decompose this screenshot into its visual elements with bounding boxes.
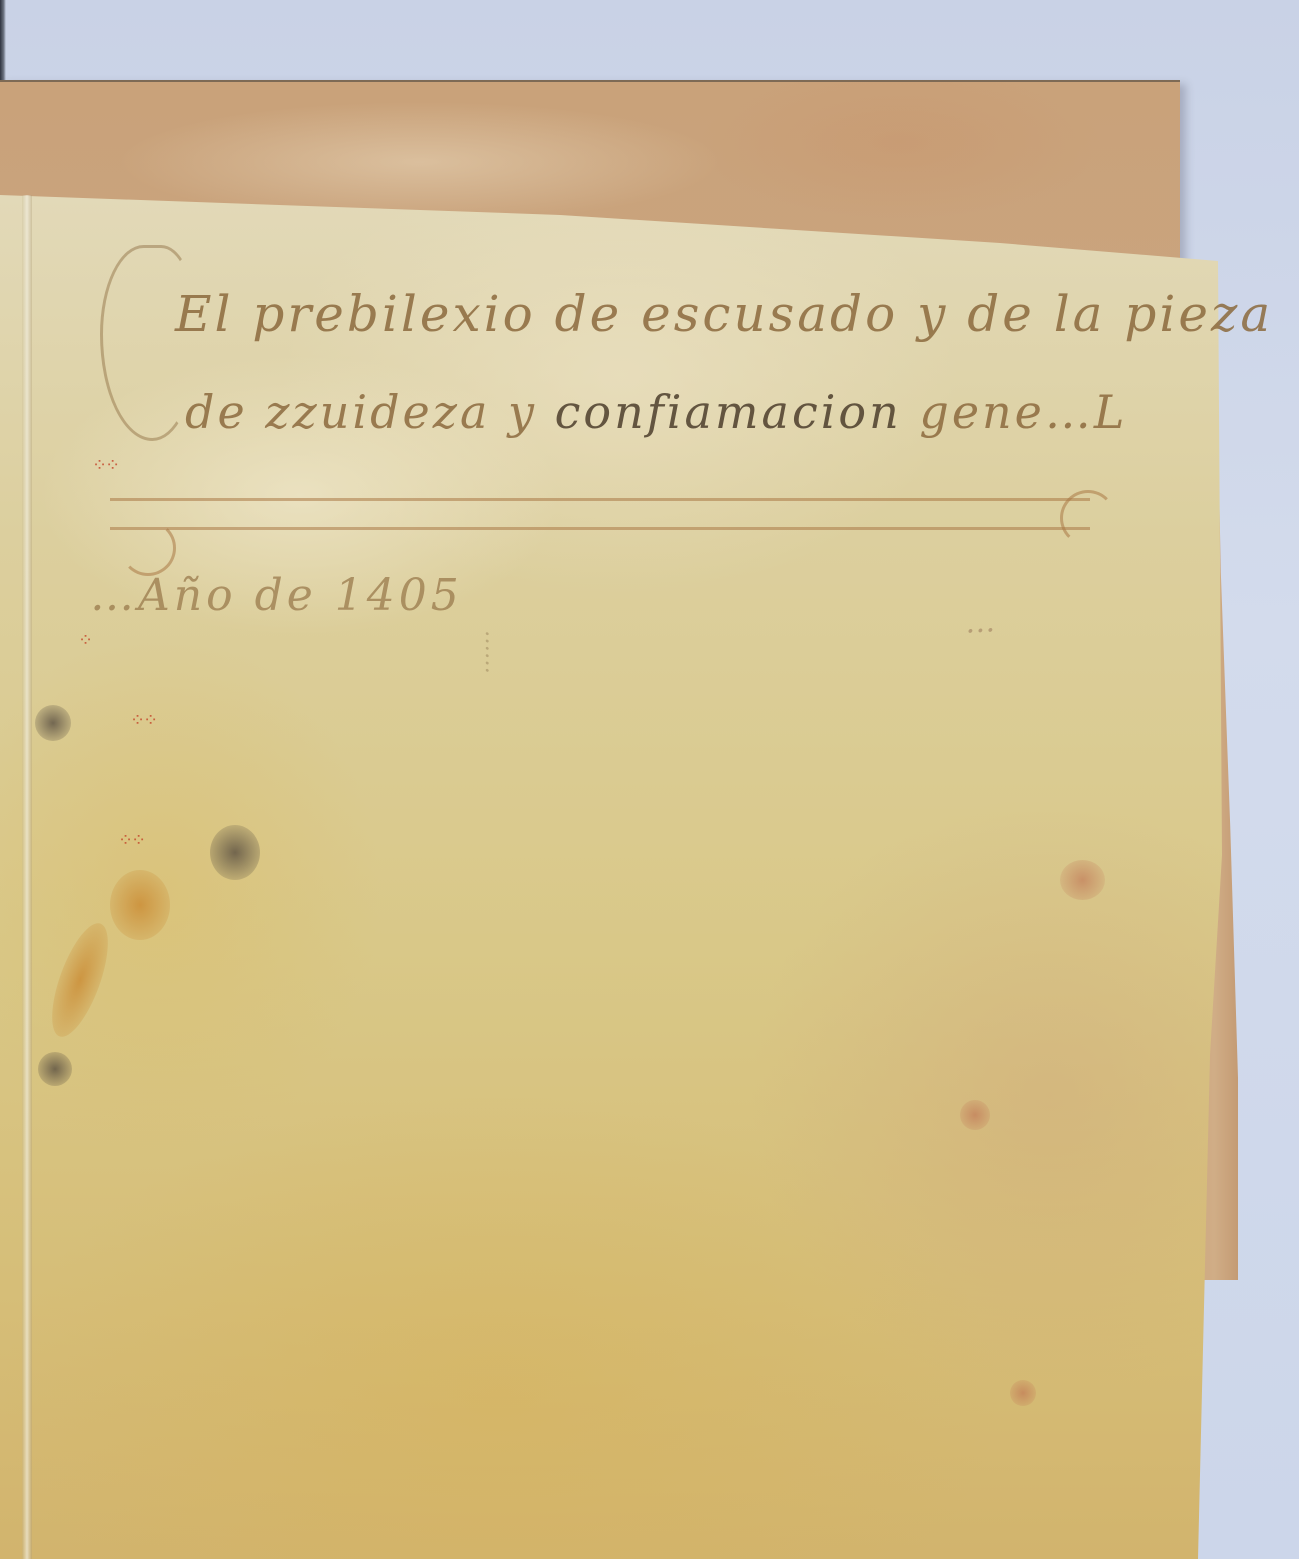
stain-dark — [38, 1052, 72, 1086]
title-line-2: de zzuideza y confiamacion gene…L — [185, 385, 1127, 439]
spine-fold-line — [22, 195, 32, 1559]
title-line-1: El prebilexio de escusado y de la pieza — [175, 285, 1273, 343]
red-marks: ⁘⁘ — [130, 710, 156, 731]
stain-rust — [960, 1100, 990, 1130]
red-marks: ⁘⁘ — [92, 455, 118, 476]
stain-amber — [110, 870, 170, 940]
stain-dark — [210, 825, 260, 880]
margin-note: … — [964, 604, 996, 641]
title-line-2-part-a: de zzuideza y — [185, 385, 555, 439]
red-marks: ⁘⁘ — [118, 830, 144, 851]
ornament-curl-right — [1060, 490, 1116, 546]
title-line-2-part-b: confiamacion — [555, 385, 902, 439]
stain-dark — [35, 705, 71, 741]
title-line-2-part-c: gene…L — [902, 385, 1128, 439]
ornament-curl-left — [120, 520, 176, 576]
ornamental-rule — [110, 498, 1090, 530]
vertical-note: …… — [480, 630, 505, 674]
stain-rust — [1010, 1380, 1036, 1406]
date-line: …Año de 1405 — [90, 570, 463, 621]
stain-rust — [1060, 860, 1105, 900]
red-marks: ⁘ — [78, 630, 91, 651]
